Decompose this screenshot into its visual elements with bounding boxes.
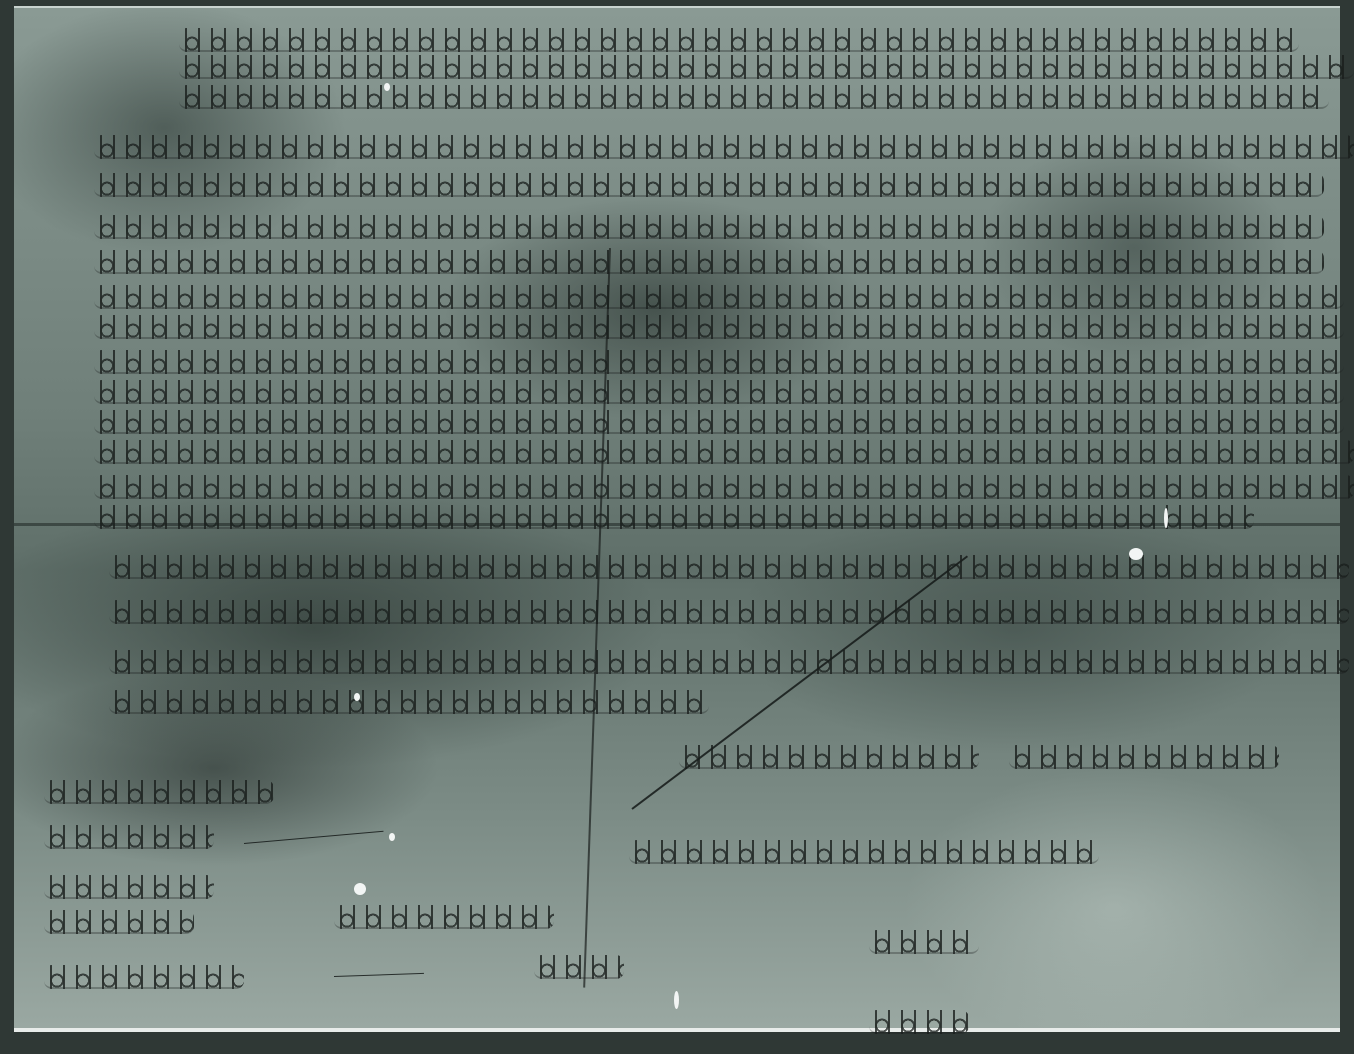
manuscript-line-1 bbox=[179, 26, 1299, 52]
paper-hole bbox=[1129, 548, 1143, 560]
witness-entry-1 bbox=[44, 778, 274, 804]
manuscript-line-17 bbox=[109, 598, 1349, 624]
manuscript-line-3 bbox=[179, 83, 1329, 109]
inscription-line bbox=[629, 838, 1099, 864]
paper-hole bbox=[354, 693, 360, 701]
paper-hole bbox=[674, 991, 679, 1009]
manuscript-line-2 bbox=[179, 53, 1354, 79]
manuscript-line-19 bbox=[109, 688, 709, 714]
signature-block-left bbox=[679, 743, 979, 769]
paper-hole bbox=[389, 833, 395, 841]
manuscript-sheet bbox=[14, 6, 1340, 1032]
witness-entry-5 bbox=[44, 963, 244, 989]
manuscript-line-13 bbox=[94, 438, 1354, 464]
numeral-group-lower bbox=[869, 1008, 969, 1034]
manuscript-line-9 bbox=[94, 313, 1344, 339]
witness-entry-4 bbox=[44, 908, 194, 934]
manuscript-line-5 bbox=[94, 171, 1324, 197]
paper-hole bbox=[354, 883, 366, 895]
underline-mark bbox=[334, 973, 424, 977]
manuscript-line-6 bbox=[94, 213, 1324, 239]
manuscript-line-8 bbox=[94, 283, 1344, 309]
photo-frame bbox=[0, 0, 1354, 1054]
numeral-group-upper bbox=[869, 928, 979, 954]
manuscript-line-11 bbox=[94, 378, 1344, 404]
diagonal-strike-line bbox=[631, 555, 968, 809]
manuscript-line-10 bbox=[94, 348, 1344, 374]
manuscript-line-14 bbox=[94, 473, 1354, 499]
manuscript-line-15 bbox=[94, 503, 1254, 529]
witness-entry-2 bbox=[44, 823, 214, 849]
center-signature bbox=[334, 903, 554, 929]
manuscript-line-18 bbox=[109, 648, 1349, 674]
manuscript-line-16 bbox=[109, 553, 1349, 579]
manuscript-line-7 bbox=[94, 248, 1324, 274]
scratch-line bbox=[244, 831, 384, 844]
signature-block-right bbox=[1009, 743, 1279, 769]
paper-hole bbox=[1164, 508, 1168, 528]
witness-entry-3 bbox=[44, 873, 214, 899]
manuscript-line-4 bbox=[94, 133, 1354, 159]
manuscript-line-12 bbox=[94, 408, 1344, 434]
paper-hole bbox=[384, 83, 390, 91]
center-mark bbox=[534, 953, 624, 979]
